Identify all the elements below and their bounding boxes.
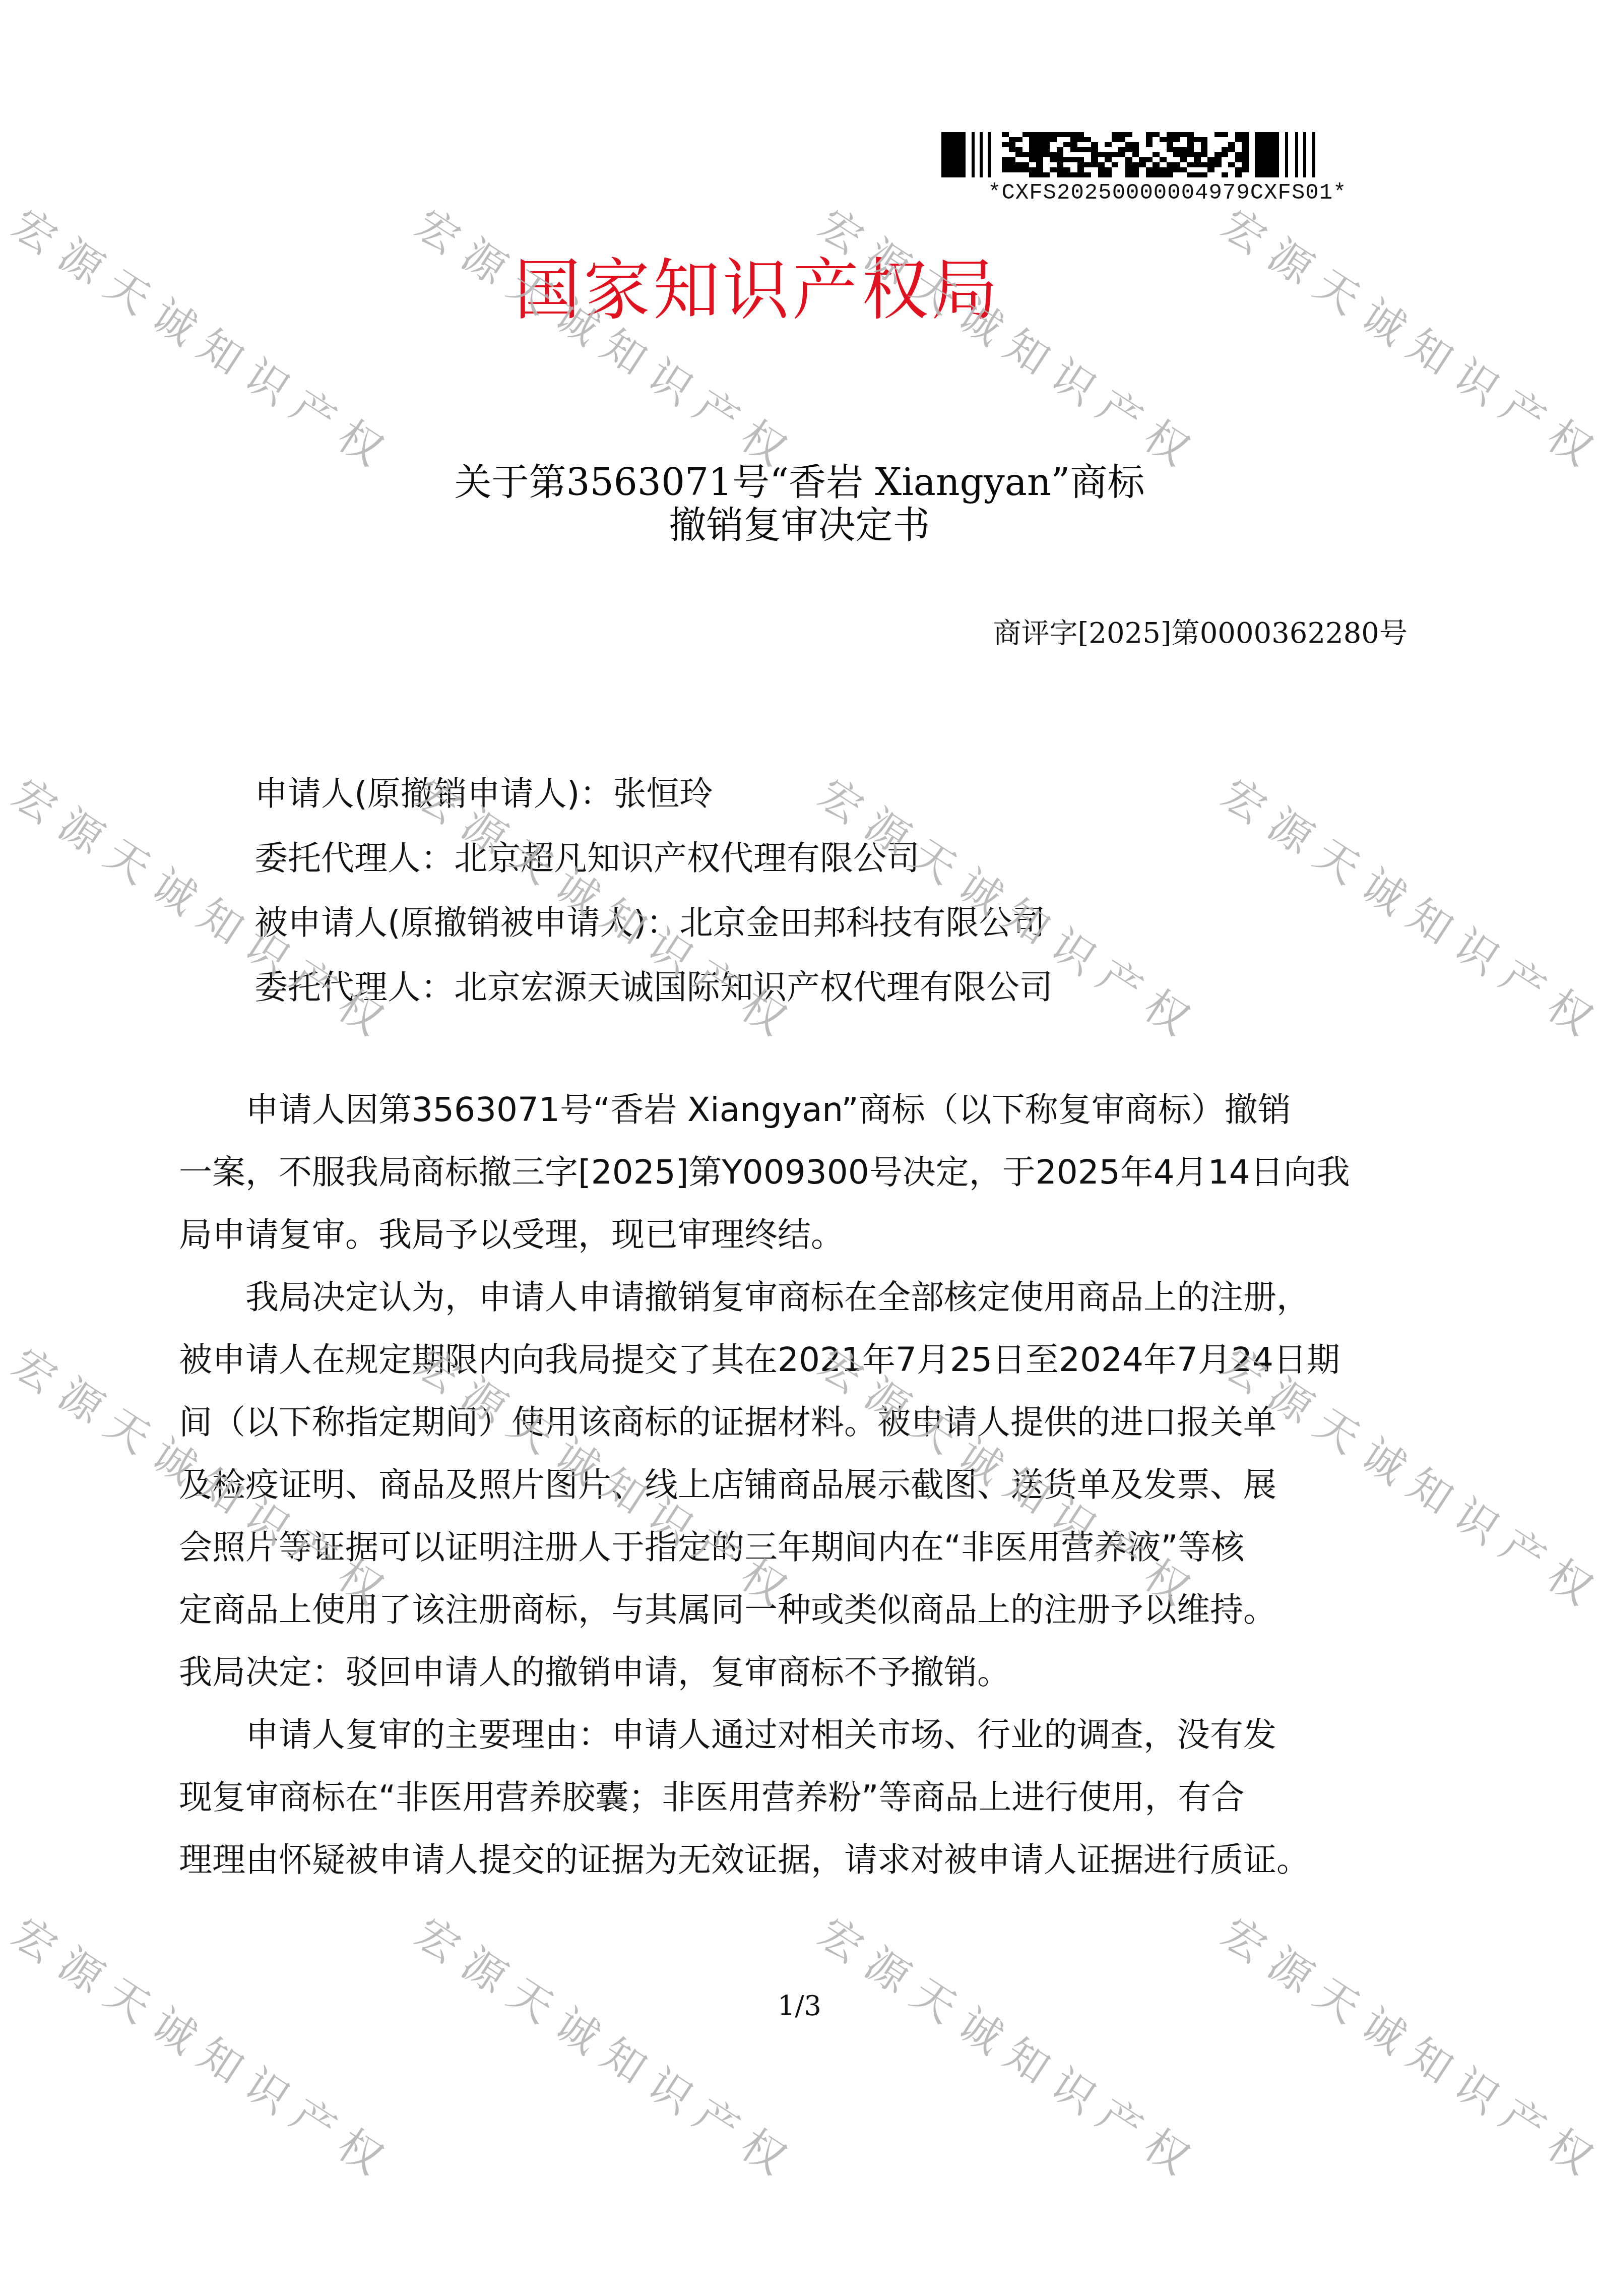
barcode-graphic — [941, 132, 1339, 177]
watermark-text: 宏源天诚知识产权 — [405, 1900, 810, 2193]
barcode-code-text: *CXFS20250000004979CXFS01* — [988, 180, 1347, 206]
text-line: 定商品上使用了该注册商标，与其属同一种或类似商品上的注册予以维持。 — [179, 1579, 1421, 1641]
text-line: 被申请人在规定期限内向我局提交了其在2021年7月25日至2024年7月24日期 — [179, 1329, 1421, 1391]
text-line: 及检疫证明、商品及照片图片、线上店铺商品展示截图、送货单及发票、展 — [179, 1454, 1421, 1516]
document-number: 商评字[2025]第0000362280号 — [993, 611, 1408, 651]
paragraph-case-intro: 申请人因第3563071号“香岩 Xiangyan”商标（以下称复审商标）撤销 … — [179, 1079, 1421, 1266]
watermark-text: 宏源天诚知识产权 — [808, 192, 1213, 484]
paragraph-original-decision: 我局决定认为，申请人申请撤销复审商标在全部核定使用商品上的注册， 被申请人在规定… — [179, 1266, 1421, 1704]
text-line: 我局决定：驳回申请人的撤销申请，复审商标不予撤销。 — [179, 1641, 1421, 1704]
party-applicant-agent: 委托代理人：北京超凡知识产权代理有限公司 — [254, 833, 1053, 898]
party-value: 北京宏源天诚国际知识产权代理有限公司 — [454, 968, 1053, 1007]
party-value: 北京金田邦科技有限公司 — [680, 903, 1046, 942]
document-page: *CXFS20250000004979CXFS01* 国家知识产权局 关于第35… — [0, 0, 1599, 2296]
document-title-line1: 关于第3563071号“香岩 Xiangyan”商标 — [0, 464, 1599, 501]
text-line: 现复审商标在“非医用营养胶囊；非医用营养粉”等商品上进行使用，有合 — [179, 1766, 1421, 1829]
watermark-text: 宏源天诚知识产权 — [1211, 761, 1599, 1054]
text-line: 我局决定认为，申请人申请撤销复审商标在全部核定使用商品上的注册， — [179, 1266, 1421, 1329]
agency-header: 国家知识产权局 — [514, 257, 1094, 324]
watermark-text: 宏源天诚知识产权 — [405, 192, 810, 484]
watermark-text: 宏源天诚知识产权 — [2, 1900, 407, 2193]
page-number: 1/3 — [0, 1990, 1599, 2022]
party-label: 被申请人(原撤销被申请人)： — [254, 903, 680, 942]
watermark-text: 宏源天诚知识产权 — [1211, 192, 1599, 484]
party-respondent-agent: 委托代理人：北京宏源天诚国际知识产权代理有限公司 — [254, 962, 1053, 1027]
watermark-text: 宏源天诚知识产权 — [2, 192, 407, 484]
text-line: 间（以下称指定期间）使用该商标的证据材料。被申请人提供的进口报关单 — [179, 1391, 1421, 1454]
party-applicant: 申请人(原撤销申请人)：张恒玲 — [254, 769, 1053, 833]
text-line: 申请人复审的主要理由：申请人通过对相关市场、行业的调查，没有发 — [179, 1704, 1421, 1766]
text-line: 局申请复审。我局予以受理，现已审理终结。 — [179, 1204, 1421, 1266]
watermark-text: 宏源天诚知识产权 — [1211, 1900, 1599, 2193]
party-value: 张恒玲 — [613, 774, 713, 813]
party-label: 委托代理人： — [254, 968, 454, 1007]
decision-body: 申请人因第3563071号“香岩 Xiangyan”商标（以下称复审商标）撤销 … — [179, 1079, 1421, 1891]
text-line: 理理由怀疑被申请人提交的证据为无效证据，请求对被申请人证据进行质证。 — [179, 1829, 1421, 1891]
document-title-line2: 撤销复审决定书 — [0, 507, 1599, 544]
watermark-text: 宏源天诚知识产权 — [808, 1900, 1213, 2193]
text-line: 会照片等证据可以证明注册人于指定的三年期间内在“非医用营养液”等核 — [179, 1516, 1421, 1579]
party-label: 委托代理人： — [254, 839, 454, 878]
party-label: 申请人(原撤销申请人)： — [254, 774, 613, 813]
paragraph-applicant-reasons: 申请人复审的主要理由：申请人通过对相关市场、行业的调查，没有发 现复审商标在“非… — [179, 1704, 1421, 1891]
text-line: 申请人因第3563071号“香岩 Xiangyan”商标（以下称复审商标）撤销 — [179, 1079, 1421, 1141]
party-value: 北京超凡知识产权代理有限公司 — [454, 839, 920, 878]
parties-block: 申请人(原撤销申请人)：张恒玲 委托代理人：北京超凡知识产权代理有限公司 被申请… — [254, 769, 1053, 1027]
party-respondent: 被申请人(原撤销被申请人)：北京金田邦科技有限公司 — [254, 898, 1053, 962]
text-line: 一案，不服我局商标撤三字[2025]第Y009300号决定，于2025年4月14… — [179, 1141, 1421, 1204]
